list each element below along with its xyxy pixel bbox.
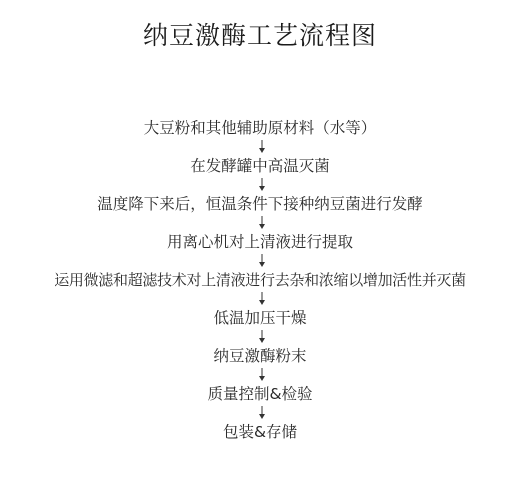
flow-step-drying: 低温加压干燥 [0,307,520,329]
flow-step-powder: 纳豆激酶粉末 [0,345,520,367]
flow-step-fermentation: 温度降下来后，恒温条件下接种纳豆菌进行发酵 [0,193,520,215]
down-arrow-icon [0,177,520,193]
down-arrow-icon [0,329,520,345]
flow-step-packaging: 包装&存储 [0,421,520,443]
flow-step-centrifuge-extraction: 用离心机对上清液进行提取 [0,231,520,253]
flow-step-raw-materials: 大豆粉和其他辅助原材料（水等） [0,117,520,139]
flow-step-quality-control: 质量控制&检验 [0,383,520,405]
process-flow: 大豆粉和其他辅助原材料（水等） 在发酵罐中高温灭菌 温度降下来后，恒温条件下接种… [0,117,520,443]
down-arrow-icon [0,139,520,155]
down-arrow-icon [0,367,520,383]
flow-step-sterilization: 在发酵罐中高温灭菌 [0,155,520,177]
diagram-title: 纳豆激酶工艺流程图 [0,20,520,52]
down-arrow-icon [0,215,520,231]
down-arrow-icon [0,291,520,307]
down-arrow-icon [0,253,520,269]
down-arrow-icon [0,405,520,421]
flow-step-filtration: 运用微滤和超滤技术对上清液进行去杂和浓缩以增加活性并灭菌 [0,269,520,291]
